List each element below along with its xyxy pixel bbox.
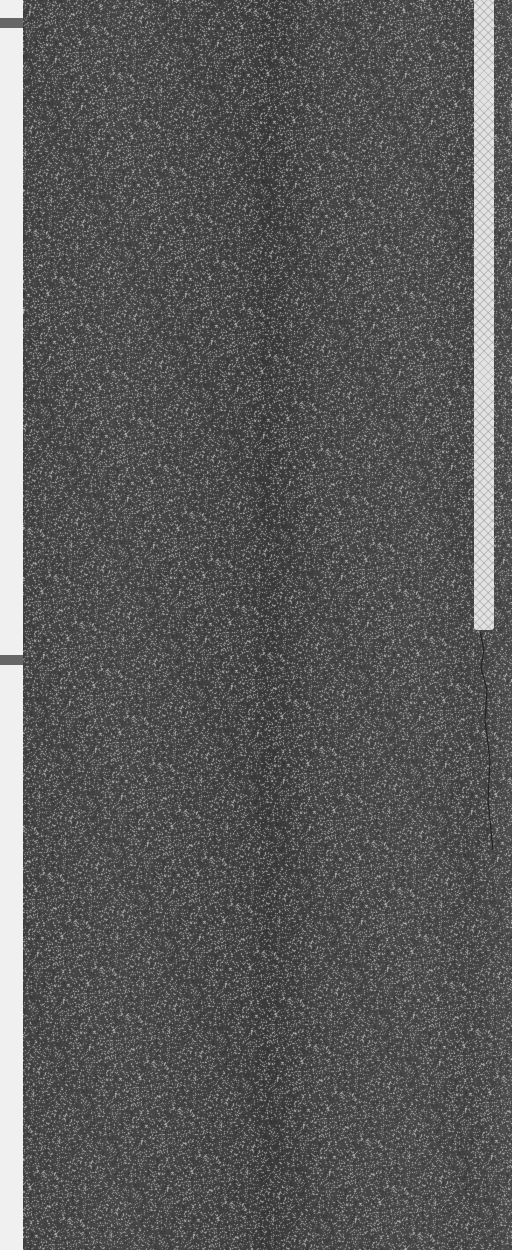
road-surface-scene	[0, 0, 512, 1250]
asphalt-crack	[0, 0, 512, 1250]
